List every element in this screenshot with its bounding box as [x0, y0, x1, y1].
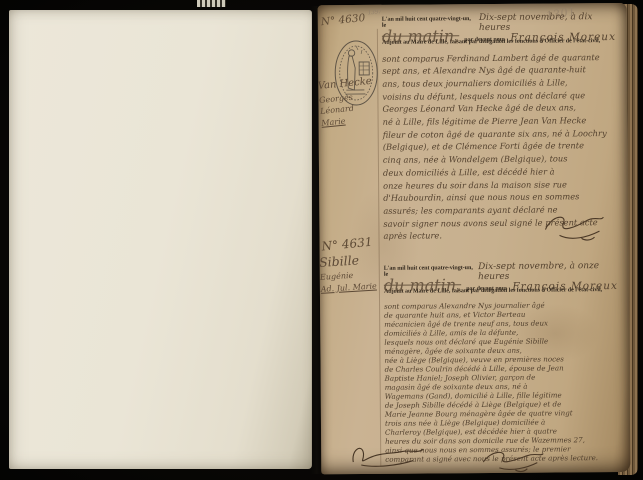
act-number: N° 4630	[320, 12, 365, 28]
act-body: sont comparus Alexandre Nys journalier â…	[384, 299, 627, 463]
handwritten-text-line: sont comparus Ferdinand Lambert âgé de q…	[382, 50, 624, 65]
struck-word: du matin,	[384, 275, 461, 295]
left-page-blank	[9, 10, 312, 469]
binding-label-strip	[197, 0, 226, 7]
witness-signature-flourish-icon	[347, 441, 427, 468]
act-margin-name: Van Hecke Georges Léonard Marie	[317, 74, 381, 129]
struck-word: du matin,	[382, 26, 459, 46]
handwritten-text-line: fileur de coton âgé de quarante six ans,…	[383, 127, 625, 142]
signature-flourish-icon	[479, 448, 547, 475]
act-header-line1: L'an mil huit cent quatre-vingt-un, le D…	[384, 261, 626, 275]
register-scan: 1397 1301 N° 4630 Van Hecke Georg	[0, 0, 643, 480]
pencil-annotation: 1397	[367, 7, 382, 16]
act-header-line1: L'an mil huit cent quatre-vingt-un, le D…	[382, 12, 624, 26]
act-margin-name: Sibille Eugénie Ad. Jul. Marie	[319, 250, 381, 295]
death-act: L'an mil huit cent quatre-vingt-un, le D…	[382, 12, 626, 243]
right-page: 1397 1301 N° 4630 Van Hecke Georg	[318, 3, 631, 474]
death-act: L'an mil huit cent quatre-vingt-un, le D…	[384, 261, 628, 463]
signature-flourish-icon	[541, 211, 607, 246]
